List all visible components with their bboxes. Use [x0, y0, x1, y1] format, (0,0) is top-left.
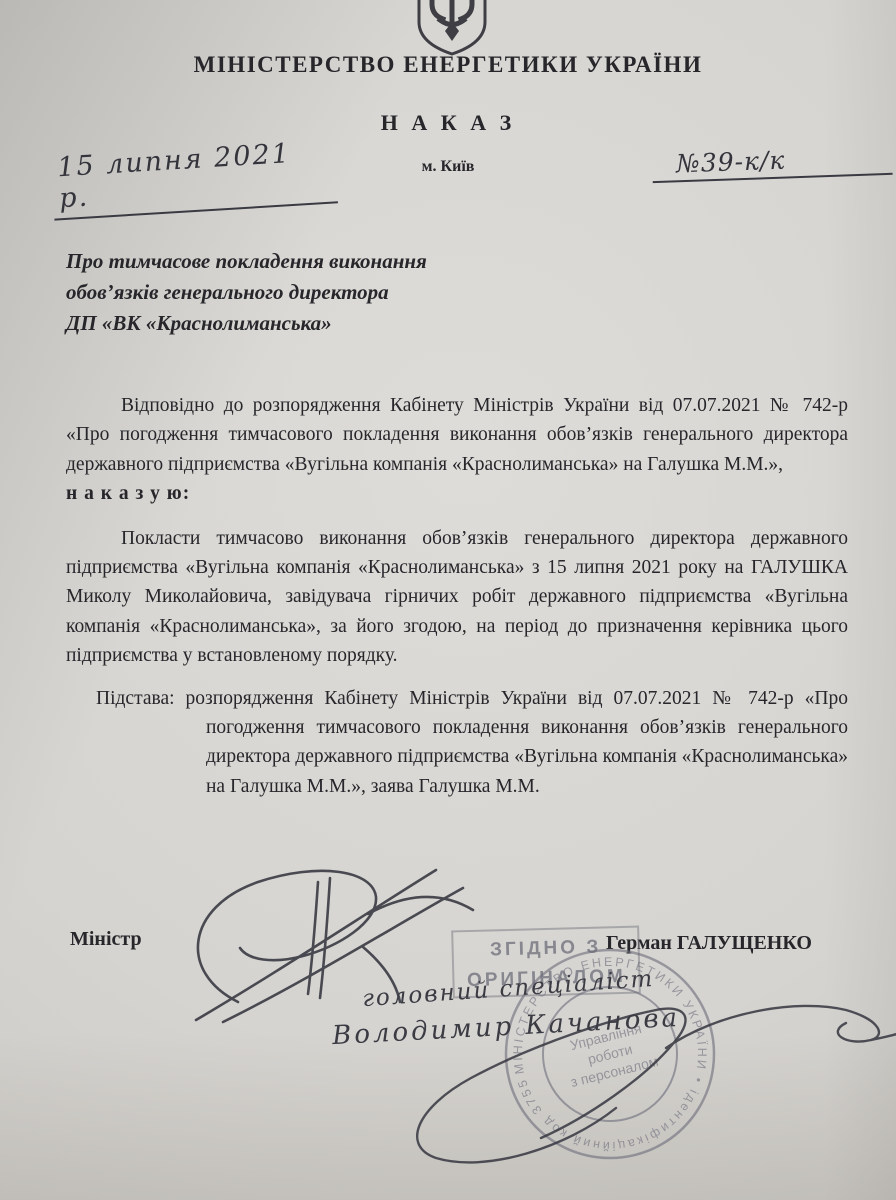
ukraine-trident-emblem-icon — [410, 0, 494, 56]
subject-line: Про тимчасове покладення виконання — [66, 246, 427, 277]
scanned-order-document: МІНІСТЕРСТВО ЕНЕРГЕТИКИ УКРАЇНИ Н А К А … — [0, 0, 896, 1200]
order-word: н а к а з у ю: — [66, 479, 848, 508]
basis-label: Підстава: — [96, 688, 175, 709]
handwritten-order-number: №39-к/к — [651, 134, 892, 183]
subject-block: Про тимчасове покладення виконання обов’… — [66, 246, 427, 339]
signer-position: Міністр — [70, 928, 142, 951]
basis-text: розпорядження Кабінету Міністрів України… — [175, 688, 848, 797]
order-paragraph: Покласти тимчасово виконання обов’язків … — [66, 524, 848, 671]
ministry-title: МІНІСТЕРСТВО ЕНЕРГЕТИКИ УКРАЇНИ — [0, 52, 896, 78]
preamble-paragraph: Відповідно до розпорядження Кабінету Мін… — [66, 391, 848, 479]
document-type-title: Н А К А З — [0, 110, 896, 136]
subject-line: ДП «ВК «Краснолиманська» — [66, 308, 427, 339]
basis-paragraph: Підстава: розпорядження Кабінету Міністр… — [66, 684, 848, 802]
subject-line: обов’язків генерального директора — [66, 277, 427, 308]
certified-copy-stamp-line: ЗГІДНО З — [453, 932, 638, 967]
order-body: Відповідно до розпорядження Кабінету Мін… — [66, 391, 848, 821]
